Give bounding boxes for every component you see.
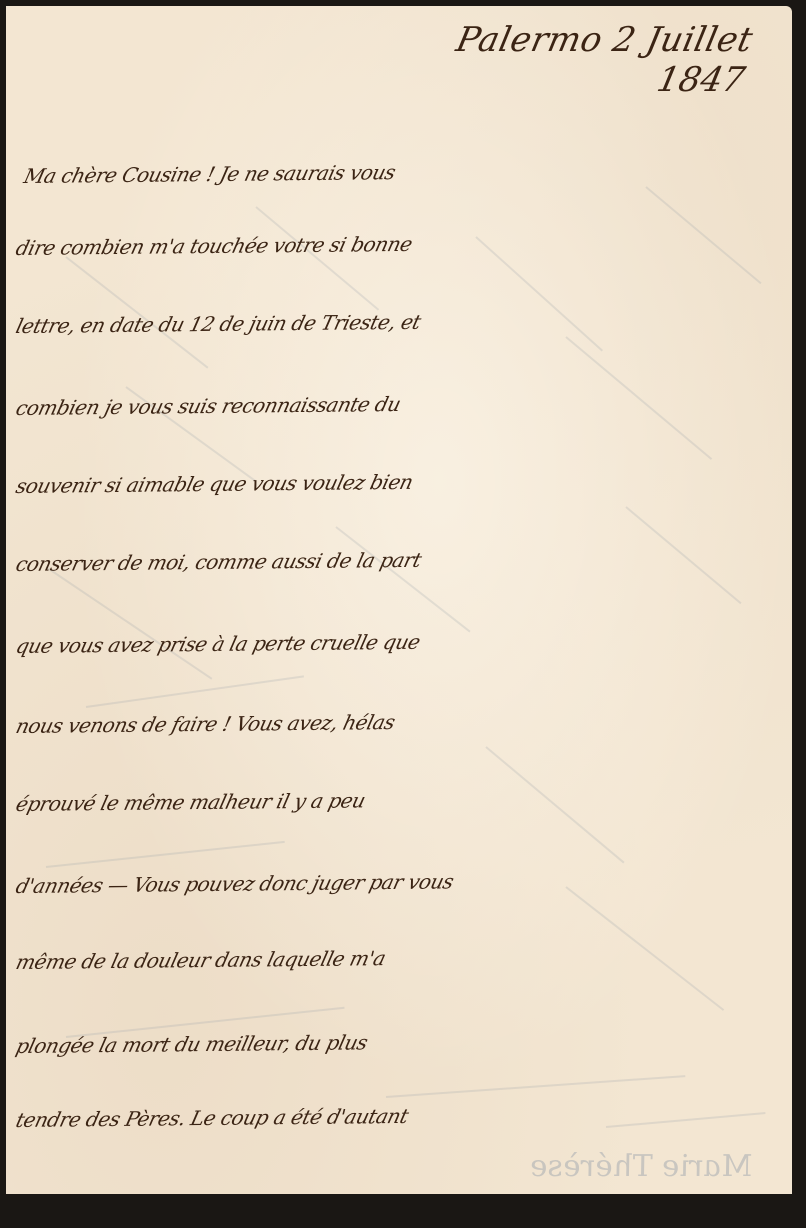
letter-line: d'années — Vous pouvez donc juger par vo… xyxy=(14,868,789,896)
letter-line: même de la douleur dans laquelle m'a xyxy=(14,944,789,972)
letter-dateline: Palermo 2 Juillet 1847 xyxy=(457,20,752,100)
letter-line: éprouvé le même malheur il y a peu xyxy=(14,786,789,814)
letter-page: Palermo 2 Juillet 1847 Ma chère Cousine … xyxy=(6,6,792,1194)
bleed-through-signature: Marie Thérèse xyxy=(526,1149,756,1184)
letter-line: nous venons de faire ! Vous avez, hélas xyxy=(14,708,789,736)
place-and-date: Palermo 2 Juillet xyxy=(452,20,756,60)
letter-line: conserver de moi, comme aussi de la part xyxy=(14,546,789,574)
letter-line: plongée la mort du meilleur, du plus xyxy=(14,1028,789,1056)
year: 1847 xyxy=(452,60,748,100)
letter-line: tendre des Pères. Le coup a été d'autant xyxy=(14,1102,789,1130)
letter-line: combien je vous suis reconnaissante du xyxy=(14,390,789,418)
letter-line: que vous avez prise à la perte cruelle q… xyxy=(14,628,789,656)
letter-line: dire combien m'a touchée votre si bonne xyxy=(14,230,789,258)
letter-line: souvenir si aimable que vous voulez bien xyxy=(14,468,789,496)
letter-line: lettre, en date du 12 de juin de Trieste… xyxy=(14,308,789,336)
letter-line: Ma chère Cousine ! Je ne saurais vous xyxy=(22,158,789,186)
